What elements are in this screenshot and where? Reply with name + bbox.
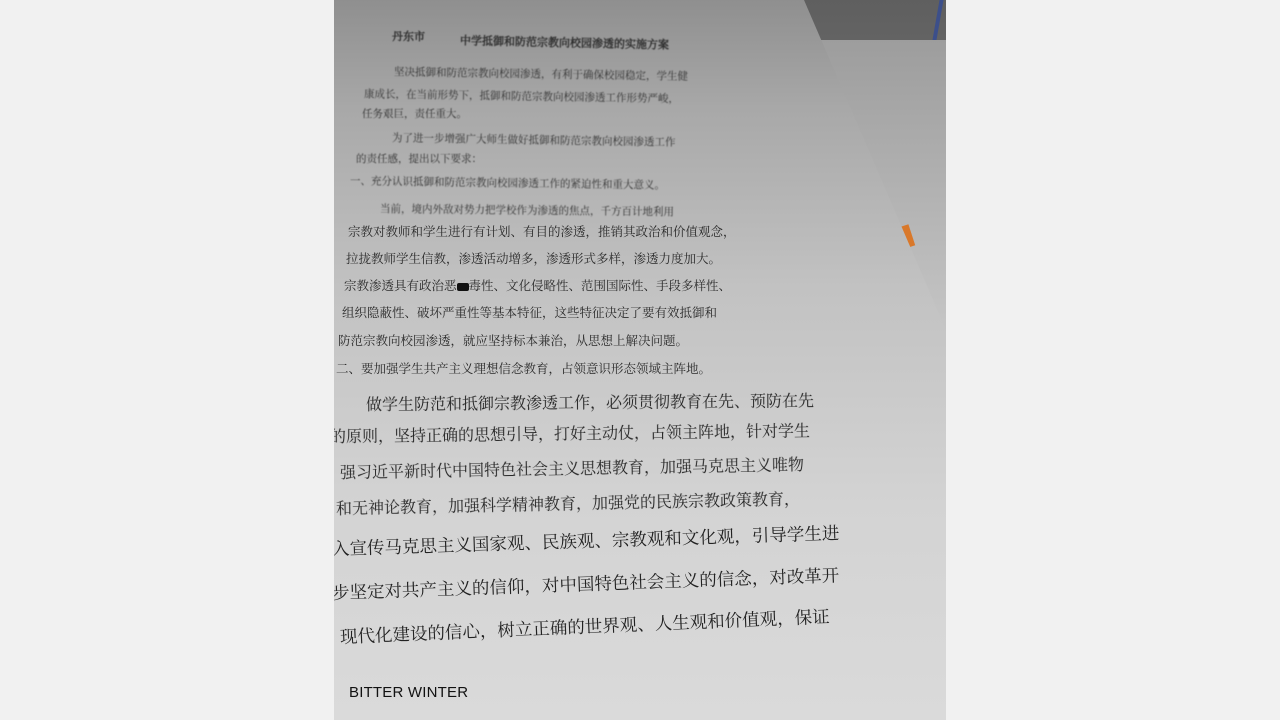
doc-line: 现代化建设的信心，树立正确的世界观、人生观和价值观，保证 xyxy=(339,603,830,648)
doc-line: 和无神论教育，加强科学精神教育，加强党的民族宗教政策教育， xyxy=(336,486,800,519)
doc-header-title: 中学抵御和防范宗教向校园渗透的实施方案 xyxy=(460,32,669,52)
doc-line: 组织隐蔽性、破坏严重性等基本特征，这些特征决定了要有效抵御和 xyxy=(342,303,717,321)
doc-line: 的原则，坚持正确的思想引导，打好主动仗，占领主阵地，针对学生 xyxy=(334,418,810,447)
doc-line: 做学生防范和抵御宗教渗透工作，必须贯彻教育在先、预防在先 xyxy=(366,388,814,415)
watermark: BITTER WINTER xyxy=(349,684,468,701)
doc-line: 的责任感，提出以下要求： xyxy=(356,151,482,166)
doc-line: 宗教渗透具有政治恶毒性、文化侵略性、范围国际性、手段多样性、 xyxy=(344,276,731,294)
doc-line: 康成长，在当前形势下，抵御和防范宗教向校园渗透工作形势严峻， xyxy=(364,86,679,106)
doc-line: 一、充分认识抵御和防范宗教向校园渗透工作的紧迫性和重大意义。 xyxy=(350,173,665,192)
doc-header-city: 丹东市 xyxy=(392,28,425,44)
doc-line: 步坚定对共产主义的信仰，对中国特色社会主义的信念，对改革开 xyxy=(334,562,840,605)
doc-line-part: 宗教渗透具有政治恶 xyxy=(344,278,457,293)
doc-line-part: 毒性、文化侵略性、范围国际性、手段多样性、 xyxy=(469,278,732,293)
doc-line: 当前，境内外敌对势力把学校作为渗透的焦点，千方百计地利用 xyxy=(380,201,674,219)
doc-line: 拉拢教师学生信教，渗透活动增多，渗透形式多样，渗透力度加大。 xyxy=(346,249,721,267)
doc-line: 防范宗教向校园渗透，就应坚持标本兼治，从思想上解决问题。 xyxy=(338,331,688,349)
redaction-mark xyxy=(457,283,469,291)
doc-line: 宗教对教师和学生进行有计划、有目的渗透，推销其政治和价值观念， xyxy=(348,222,736,240)
doc-line: 入宣传马克思主义国家观、民族观、宗教观和文化观，引导学生进 xyxy=(334,520,840,561)
doc-line: 二、要加强学生共产主义理想信念教育，占领意识形态领域主阵地。 xyxy=(336,359,711,377)
doc-line: 强习近平新时代中国特色社会主义思想教育，加强马克思主义唯物 xyxy=(340,452,804,483)
doc-line: 任务艰巨，责任重大。 xyxy=(362,106,467,121)
doc-line: 为了进一步增强广大师生做好抵御和防范宗教向校园渗透工作 xyxy=(392,130,676,149)
doc-line: 坚决抵御和防范宗教向校园渗透，有利于确保校园稳定，学生健 xyxy=(394,64,688,84)
document-photo: 丹东市 中学抵御和防范宗教向校园渗透的实施方案 坚决抵御和防范宗教向校园渗透，有… xyxy=(334,0,946,720)
